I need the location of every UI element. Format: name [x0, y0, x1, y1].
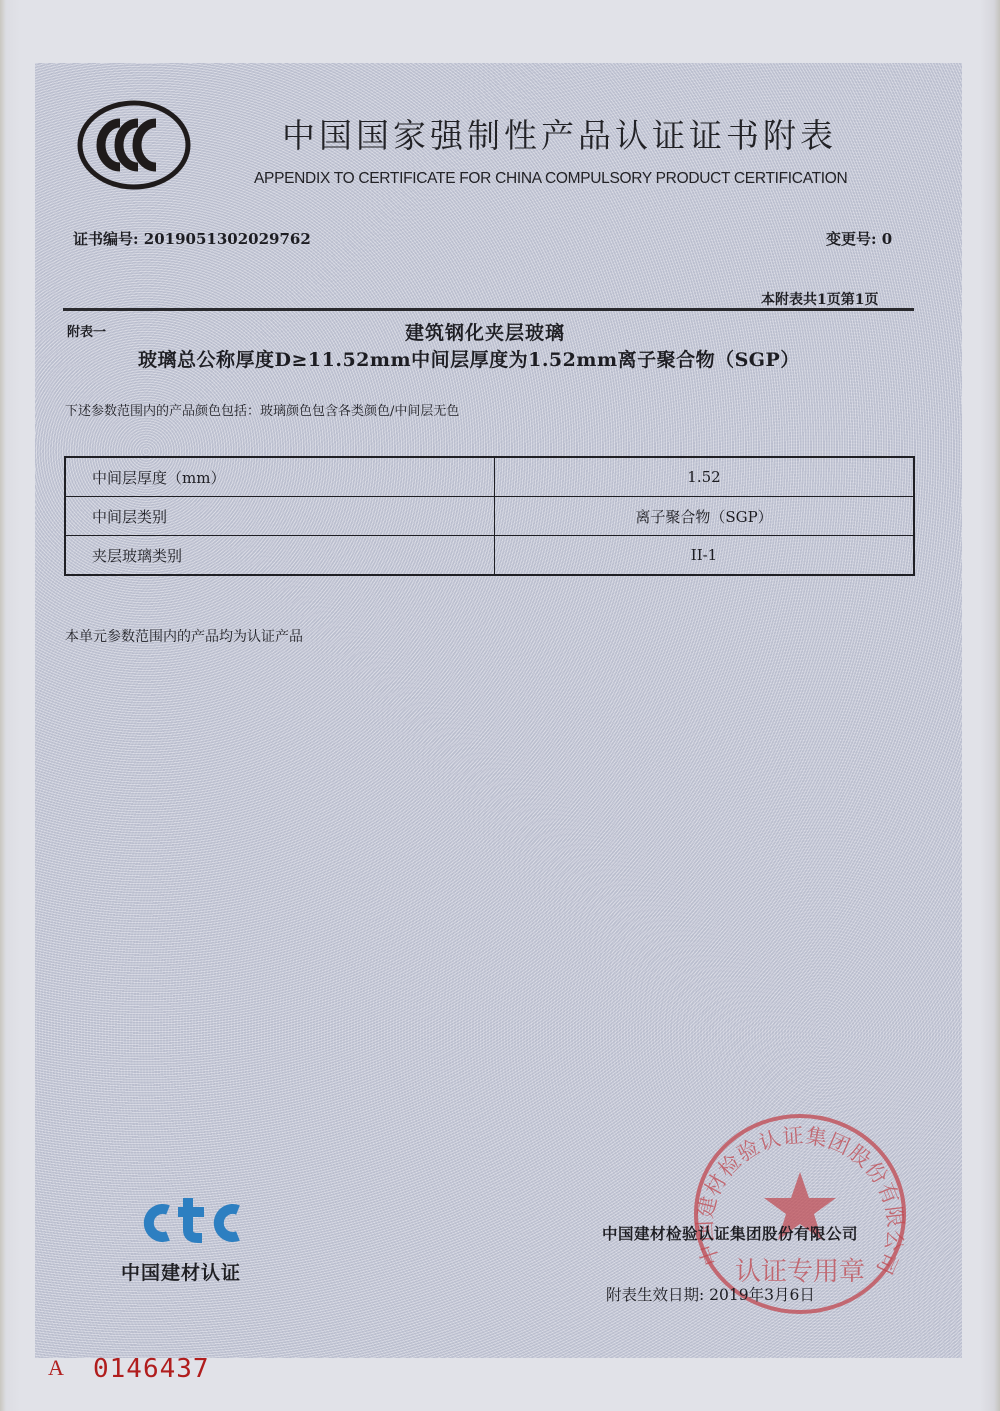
change-number-label: 变更号:: [826, 230, 877, 248]
table-row: 中间层厚度（mm） 1.52: [65, 457, 914, 497]
effective-date: 附表生效日期: 2019年3月6日: [606, 1283, 815, 1305]
param-key: 中间层厚度（mm）: [65, 457, 495, 497]
certified-products-note: 本单元参数范围内的产品均为认证产品: [65, 626, 303, 646]
header-divider: [63, 308, 914, 311]
document-title-en: APPENDIX TO CERTIFICATE FOR CHINA COMPUL…: [254, 170, 847, 188]
document-title-cn: 中国国家强制性产品认证证书附表: [282, 110, 837, 157]
effective-date-value: 2019年3月6日: [709, 1286, 815, 1304]
colors-note: 下述参数范围内的产品颜色包括：玻璃颜色包含各类颜色/中间层无色: [65, 400, 459, 419]
issuer-name: 中国建材检验认证集团股份有限公司: [602, 1222, 858, 1244]
change-number-value: 0: [882, 230, 892, 248]
change-number: 变更号: 0: [826, 228, 892, 249]
ctc-logo-icon: [138, 1196, 248, 1246]
effective-date-label: 附表生效日期:: [606, 1286, 704, 1304]
serial-number: 0146437: [93, 1354, 210, 1384]
table-row: 夹层玻璃类别 II-1: [65, 536, 914, 576]
product-spec: 玻璃总公称厚度D≥11.52mm中间层厚度为1.52mm离子聚合物（SGP）: [138, 345, 800, 372]
param-key: 夹层玻璃类别: [65, 536, 495, 576]
page-info: 本附表共1页第1页: [761, 289, 878, 309]
param-value: II-1: [495, 536, 915, 576]
certificate-number-value: 2019051302029762: [144, 230, 311, 248]
product-name: 建筑钢化夹层玻璃: [0, 318, 970, 345]
parameters-table: 中间层厚度（mm） 1.52 中间层类别 离子聚合物（SGP） 夹层玻璃类别 I…: [64, 456, 915, 576]
certificate-number-label: 证书编号:: [73, 230, 139, 248]
param-value: 1.52: [495, 457, 915, 497]
ctc-name: 中国建材认证: [121, 1258, 241, 1285]
serial-prefix: A: [48, 1355, 64, 1381]
param-key: 中间层类别: [65, 497, 495, 536]
param-value: 离子聚合物（SGP）: [495, 497, 915, 536]
certificate-number: 证书编号: 2019051302029762: [73, 228, 311, 249]
table-row: 中间层类别 离子聚合物（SGP）: [65, 497, 914, 536]
ccc-mark-icon: [76, 99, 192, 191]
